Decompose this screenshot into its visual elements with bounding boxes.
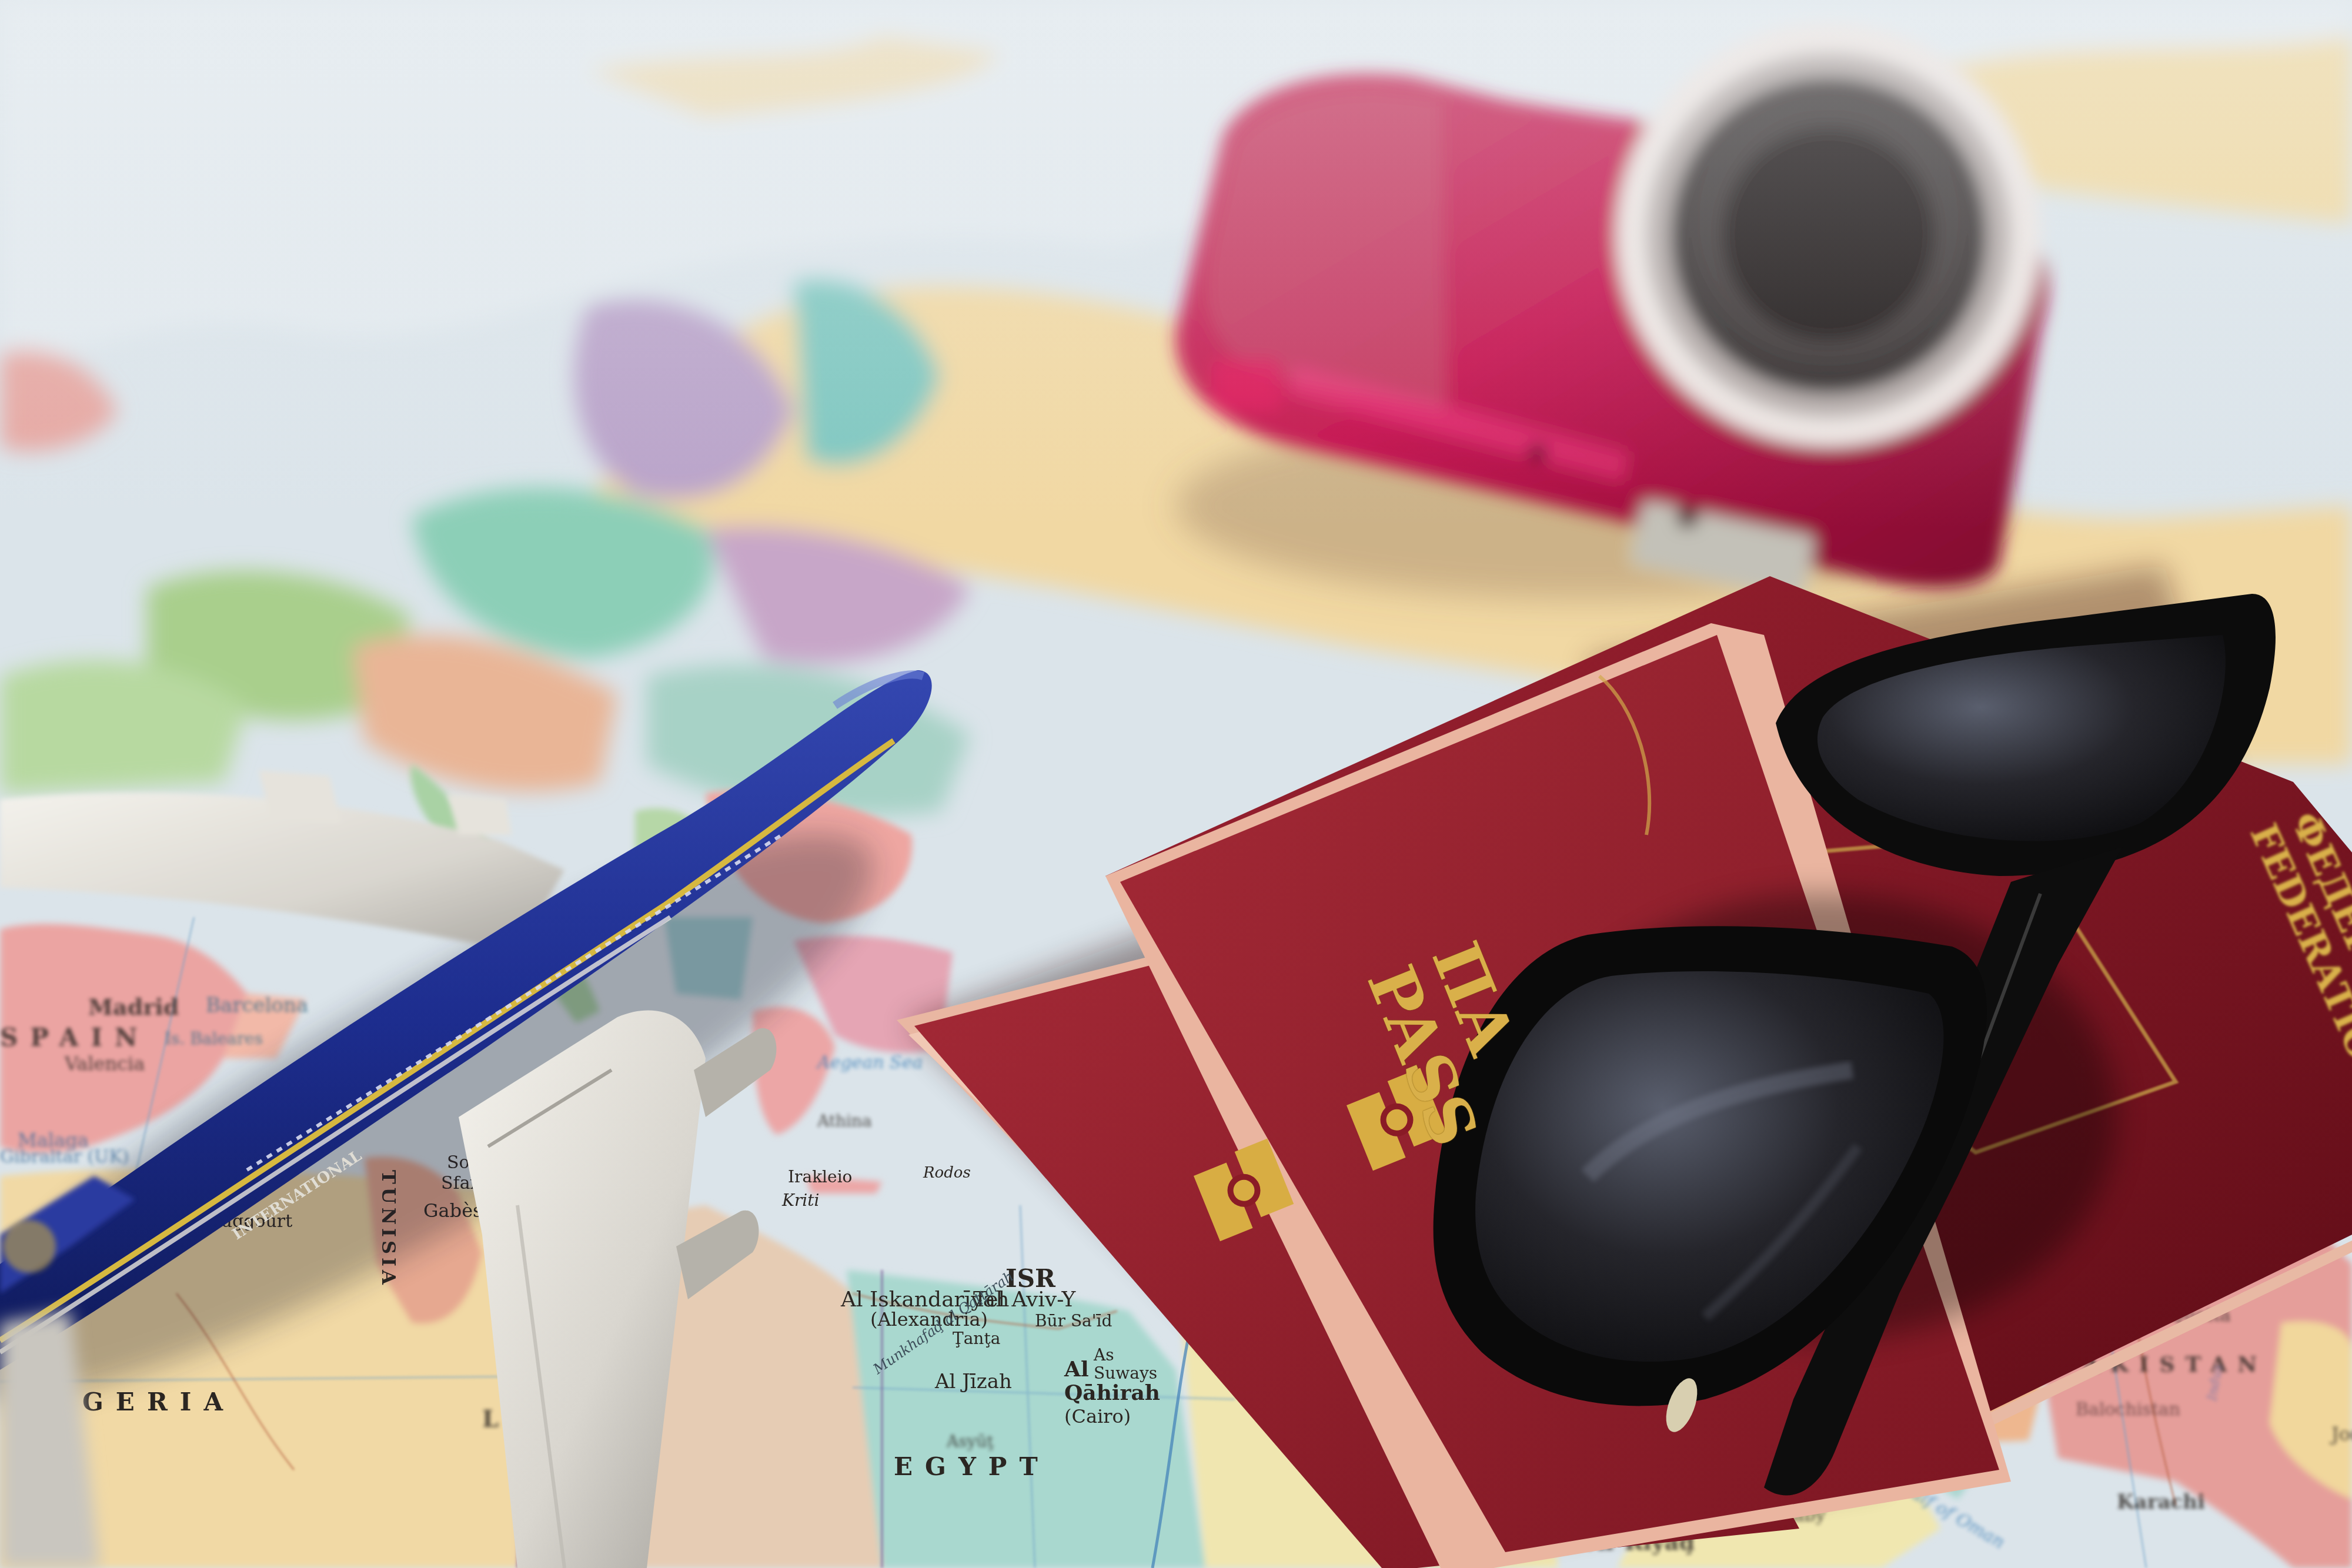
travel-photo: Madrid Barcelona Valencia SPAIN Malaga G… bbox=[0, 0, 2352, 1568]
camera bbox=[1175, 24, 2047, 600]
toy-airplane bbox=[0, 670, 932, 1568]
objects bbox=[0, 0, 2352, 1568]
